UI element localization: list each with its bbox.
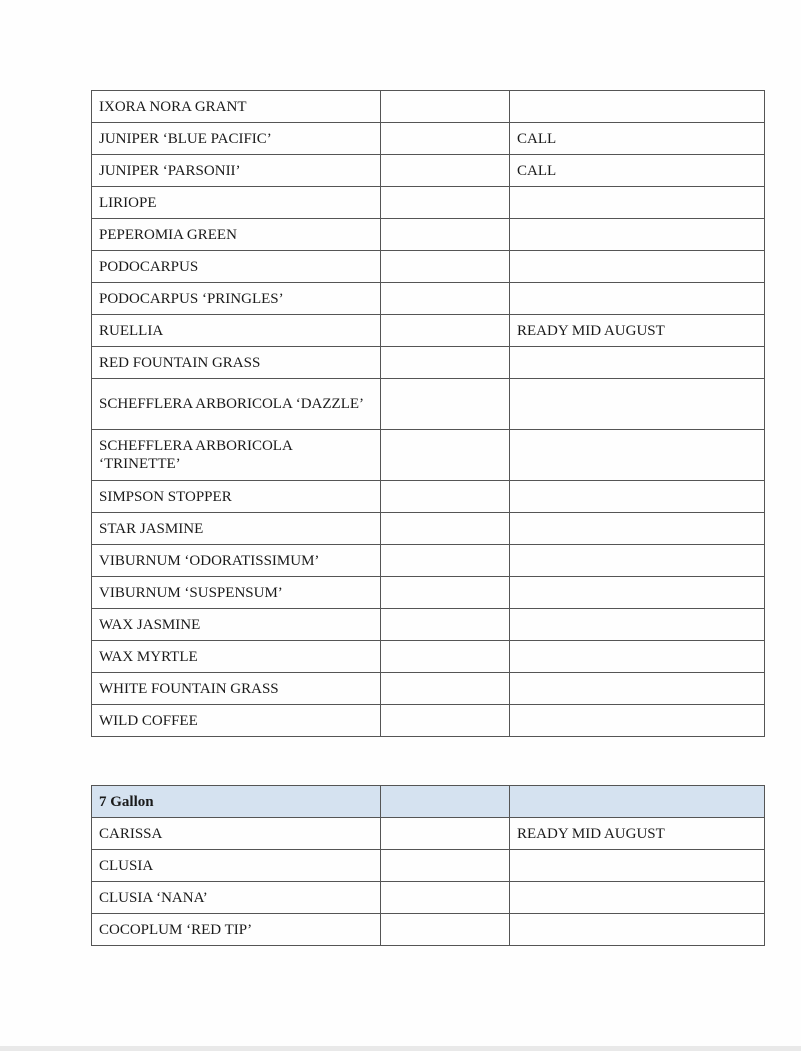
plant-name-cell: IXORA NORA GRANT (92, 91, 381, 123)
table-row: JUNIPER ‘PARSONII’CALL (92, 155, 765, 187)
plant-name-cell: SCHEFFLERA ARBORICOLA ‘DAZZLE’ (92, 379, 381, 430)
note-cell: CALL (510, 123, 765, 155)
quantity-cell (381, 577, 510, 609)
plant-name-cell: SCHEFFLERA ARBORICOLA ‘TRINETTE’ (92, 430, 381, 481)
quantity-cell (381, 481, 510, 513)
table-row: PODOCARPUS (92, 251, 765, 283)
note-cell (510, 283, 765, 315)
note-cell (510, 91, 765, 123)
quantity-cell (381, 155, 510, 187)
table-row: COCOPLUM ‘RED TIP’ (92, 914, 765, 946)
table-row: WILD COFFEE (92, 705, 765, 737)
table-row: SCHEFFLERA ARBORICOLA ‘TRINETTE’ (92, 430, 765, 481)
note-cell (510, 187, 765, 219)
plant-name-cell: CLUSIA (92, 850, 381, 882)
section-header-row: 7 Gallon (92, 786, 765, 818)
table-row: CLUSIA (92, 850, 765, 882)
note-cell (510, 850, 765, 882)
note-cell: CALL (510, 155, 765, 187)
plant-name-cell: PODOCARPUS ‘PRINGLES’ (92, 283, 381, 315)
table-row: SCHEFFLERA ARBORICOLA ‘DAZZLE’ (92, 379, 765, 430)
quantity-cell (381, 187, 510, 219)
table-row: SIMPSON STOPPER (92, 481, 765, 513)
table-row: STAR JASMINE (92, 513, 765, 545)
quantity-cell (381, 786, 510, 818)
table-row: WAX JASMINE (92, 609, 765, 641)
plant-name-cell: CLUSIA ‘NANA’ (92, 882, 381, 914)
note-cell (510, 786, 765, 818)
note-cell (510, 705, 765, 737)
plant-name-cell: WHITE FOUNTAIN GRASS (92, 673, 381, 705)
quantity-cell (381, 818, 510, 850)
table-row: CARISSAREADY MID AUGUST (92, 818, 765, 850)
section-title: 7 Gallon (92, 786, 381, 818)
quantity-cell (381, 315, 510, 347)
quantity-cell (381, 882, 510, 914)
note-cell (510, 577, 765, 609)
quantity-cell (381, 347, 510, 379)
note-cell (510, 545, 765, 577)
table-row: IXORA NORA GRANT (92, 91, 765, 123)
table-row: VIBURNUM ‘ODORATISSIMUM’ (92, 545, 765, 577)
plant-name-cell: VIBURNUM ‘SUSPENSUM’ (92, 577, 381, 609)
note-cell (510, 347, 765, 379)
plant-name-cell: LIRIOPE (92, 187, 381, 219)
seven-gallon-table: 7 Gallon CARISSAREADY MID AUGUSTCLUSIACL… (91, 785, 765, 946)
plant-name-cell: PODOCARPUS (92, 251, 381, 283)
note-cell (510, 609, 765, 641)
quantity-cell (381, 609, 510, 641)
note-cell (510, 513, 765, 545)
plant-name-cell: PEPEROMIA GREEN (92, 219, 381, 251)
quantity-cell (381, 283, 510, 315)
plant-availability-table: IXORA NORA GRANTJUNIPER ‘BLUE PACIFIC’CA… (91, 90, 765, 737)
table-row: LIRIOPE (92, 187, 765, 219)
quantity-cell (381, 219, 510, 251)
plant-name-cell: RED FOUNTAIN GRASS (92, 347, 381, 379)
quantity-cell (381, 91, 510, 123)
note-cell (510, 673, 765, 705)
plant-name-cell: COCOPLUM ‘RED TIP’ (92, 914, 381, 946)
quantity-cell (381, 705, 510, 737)
bottom-edge (0, 1046, 801, 1051)
plant-name-cell: JUNIPER ‘PARSONII’ (92, 155, 381, 187)
quantity-cell (381, 673, 510, 705)
document-page: IXORA NORA GRANTJUNIPER ‘BLUE PACIFIC’CA… (0, 0, 801, 1046)
note-cell (510, 219, 765, 251)
plant-name-cell: WAX JASMINE (92, 609, 381, 641)
quantity-cell (381, 251, 510, 283)
table-row: RUELLIAREADY MID AUGUST (92, 315, 765, 347)
quantity-cell (381, 430, 510, 481)
table-row: RED FOUNTAIN GRASS (92, 347, 765, 379)
plant-name-cell: VIBURNUM ‘ODORATISSIMUM’ (92, 545, 381, 577)
quantity-cell (381, 850, 510, 882)
quantity-cell (381, 379, 510, 430)
plant-name-cell: STAR JASMINE (92, 513, 381, 545)
table-row: CLUSIA ‘NANA’ (92, 882, 765, 914)
plant-name-cell: WILD COFFEE (92, 705, 381, 737)
table-row: PEPEROMIA GREEN (92, 219, 765, 251)
quantity-cell (381, 513, 510, 545)
note-cell (510, 430, 765, 481)
table-row: JUNIPER ‘BLUE PACIFIC’CALL (92, 123, 765, 155)
quantity-cell (381, 123, 510, 155)
table-row: PODOCARPUS ‘PRINGLES’ (92, 283, 765, 315)
note-cell: READY MID AUGUST (510, 818, 765, 850)
plant-name-cell: RUELLIA (92, 315, 381, 347)
note-cell (510, 882, 765, 914)
note-cell (510, 251, 765, 283)
quantity-cell (381, 545, 510, 577)
table-row: WHITE FOUNTAIN GRASS (92, 673, 765, 705)
table-row: WAX MYRTLE (92, 641, 765, 673)
plant-name-cell: WAX MYRTLE (92, 641, 381, 673)
plant-name-cell: JUNIPER ‘BLUE PACIFIC’ (92, 123, 381, 155)
plant-name-cell: SIMPSON STOPPER (92, 481, 381, 513)
plant-name-cell: CARISSA (92, 818, 381, 850)
note-cell (510, 914, 765, 946)
table-row: VIBURNUM ‘SUSPENSUM’ (92, 577, 765, 609)
note-cell: READY MID AUGUST (510, 315, 765, 347)
note-cell (510, 481, 765, 513)
note-cell (510, 641, 765, 673)
quantity-cell (381, 914, 510, 946)
quantity-cell (381, 641, 510, 673)
note-cell (510, 379, 765, 430)
